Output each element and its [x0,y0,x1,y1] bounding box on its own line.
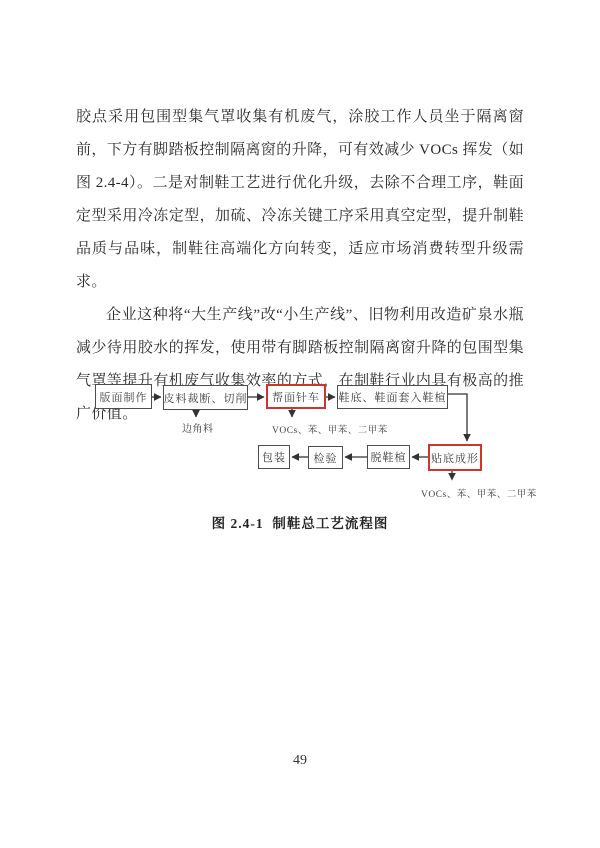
voc-emission-label-bottom: VOCs、苯、甲苯、二甲苯 [421,486,537,500]
flow-box-packaging: 包装 [258,445,290,469]
flow-box-inspection: 检验 [308,446,343,469]
page-number: 49 [0,753,600,769]
flow-box-sole-attaching: 贴底成形 [428,444,482,471]
figure-caption: 图 2.4-1 制鞋总工艺流程图 [0,512,600,532]
paragraph-1: 胶点采用包围型集气罩收集有机废气，涂胶工作人员坐于隔离窗前，下方有脚踏板控制隔离… [76,101,524,299]
paragraph-2: 企业这种将“大生产线”改“小生产线”、旧物利用改造矿泉水瓶减少待用胶水的挥发，使… [76,299,524,431]
document-page: 胶点采用包围型集气罩收集有机废气，涂胶工作人员坐于隔离窗前，下方有脚踏板控制隔离… [0,0,600,848]
body-text: 胶点采用包围型集气罩收集有机废气，涂胶工作人员坐于隔离窗前，下方有脚踏板控制隔离… [76,101,524,431]
flow-box-last-removal: 脱鞋楦 [367,445,410,469]
